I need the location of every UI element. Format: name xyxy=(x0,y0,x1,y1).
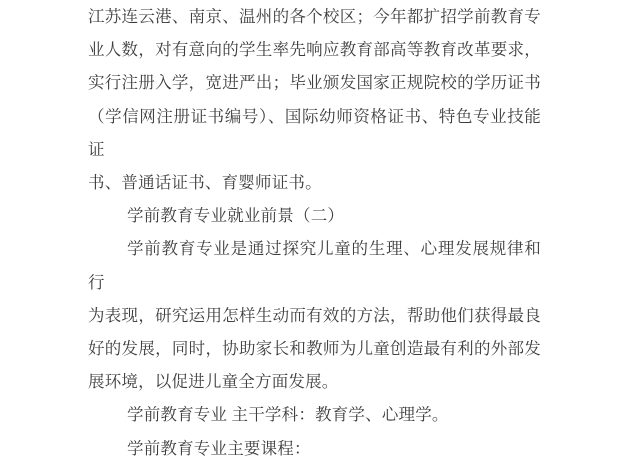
document-text-block: 江苏连云港、南京、温州的各个校区；今年都扩招学前教育专业人数，对有意向的学生率先… xyxy=(88,0,541,400)
text-line: 业人数，对有意向的学生率先响应教育部高等教育改革要求， xyxy=(88,33,541,66)
text-line: 学前教育专业是通过探究儿童的生理、心理发展规律和行 xyxy=(88,232,541,298)
text-line: 展环境，以促进儿童全方面发展。 xyxy=(88,365,541,398)
text-line: 学前教育专业就业前景（二） xyxy=(88,199,541,232)
text-line: （学信网注册证书编号）、国际幼师资格证书、特色专业技能证 xyxy=(88,100,541,166)
document-page: 江苏连云港、南京、温州的各个校区；今年都扩招学前教育专业人数，对有意向的学生率先… xyxy=(0,0,640,400)
text-line: 好的发展，同时，协助家长和教师为儿童创造最有利的外部发 xyxy=(88,332,541,365)
text-line: 实行注册入学，宽进严出；毕业颁发国家正规院校的学历证书 xyxy=(88,66,541,99)
text-line: 书、普通话证书、育婴师证书。 xyxy=(88,166,541,199)
text-line: 为表现，研究运用怎样生动而有效的方法，帮助他们获得最良 xyxy=(88,299,541,332)
text-line: 江苏连云港、南京、温州的各个校区；今年都扩招学前教育专 xyxy=(88,0,541,33)
